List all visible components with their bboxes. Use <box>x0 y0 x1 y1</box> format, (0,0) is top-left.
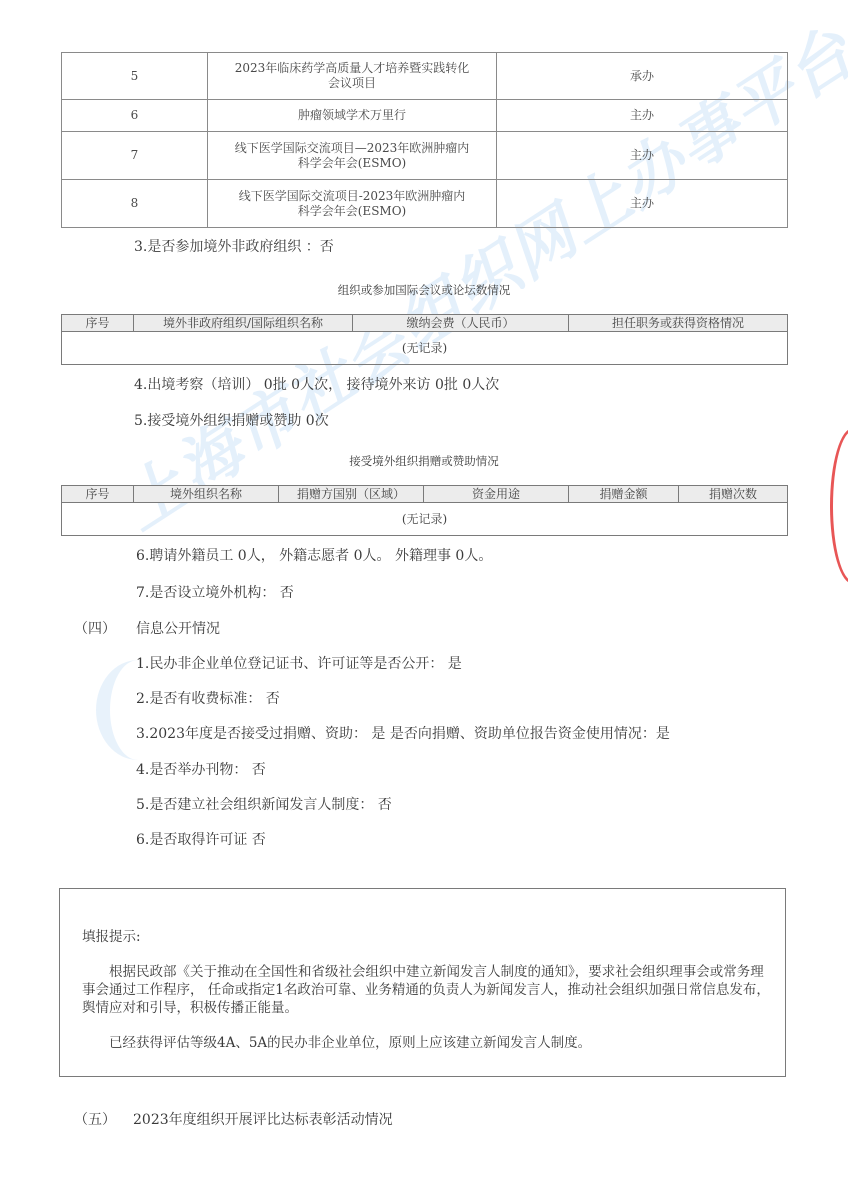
item-6-foreign-staff: 6.聘请外籍员工 0人， 外籍志愿者 0人。 外籍理事 0人。 <box>136 545 492 565</box>
info-item-4: 4.是否举办刊物： 否 <box>136 759 266 779</box>
cell-name: 线下医学国际交流项目-2023年欧洲肿瘤内科学会年会(ESMO) <box>208 180 497 228</box>
table-row: 6 肿瘤领域学术万里行 主办 <box>62 100 788 132</box>
header-country: 捐赠方国别（区域） <box>279 486 424 503</box>
header-no: 序号 <box>62 315 134 332</box>
red-seal-stamp-icon <box>830 428 848 584</box>
donation-table: 序号 境外组织名称 捐赠方国别（区域） 资金用途 捐赠金额 捐赠次数 (无记录) <box>61 485 788 536</box>
info-item-1: 1.民办非企业单位登记证书、许可证等是否公开： 是 <box>136 653 462 673</box>
info-item-2: 2.是否有收费标准： 否 <box>136 688 280 708</box>
cell-name: 线下医学国际交流项目—2023年欧洲肿瘤内科学会年会(ESMO) <box>208 132 497 180</box>
header-no: 序号 <box>62 486 134 503</box>
cell-no: 8 <box>62 180 208 228</box>
cell-name: 2023年临床药学高质量人才培养暨实践转化会议项目 <box>208 53 497 100</box>
tips-paragraph-2: 已经获得评估等级4A、5A的民办非企业单位，原则上应该建立新闻发言人制度。 <box>82 1034 770 1052</box>
cell-role: 主办 <box>497 132 788 180</box>
section-5-title: 2023年度组织开展评比达标表彰活动情况 <box>133 1109 393 1129</box>
table-header-row: 序号 境外组织名称 捐赠方国别（区域） 资金用途 捐赠金额 捐赠次数 <box>62 486 788 503</box>
item-4-overseas-visits: 4.出境考察（培训） 0批 0人次， 接待境外来访 0批 0人次 <box>134 374 499 394</box>
cell-no: 7 <box>62 132 208 180</box>
cell-no: 5 <box>62 53 208 100</box>
header-amount: 捐赠金额 <box>569 486 679 503</box>
table-row: 7 线下医学国际交流项目—2023年欧洲肿瘤内科学会年会(ESMO) 主办 <box>62 132 788 180</box>
table-row: 5 2023年临床药学高质量人才培养暨实践转化会议项目 承办 <box>62 53 788 100</box>
cell-name: 肿瘤领域学术万里行 <box>208 100 497 132</box>
item-7-overseas-branch: 7.是否设立境外机构： 否 <box>136 582 294 602</box>
table-row: (无记录) <box>62 503 788 536</box>
info-item-6: 6.是否取得许可证 否 <box>136 829 266 849</box>
header-org-name: 境外组织名称 <box>134 486 279 503</box>
filling-tips-box: 填报提示: 根据民政部《关于推动在全国性和省级社会组织中建立新闻发言人制度的通知… <box>59 888 786 1077</box>
activities-table: 5 2023年临床药学高质量人才培养暨实践转化会议项目 承办 6 肿瘤领域学术万… <box>61 52 788 228</box>
section-4-title: 信息公开情况 <box>136 618 220 638</box>
empty-record: (无记录) <box>62 503 788 536</box>
item-3-foreign-ngo: 3.是否参加境外非政府组织 ：否 <box>134 236 334 256</box>
info-item-5: 5.是否建立社会组织新闻发言人制度： 否 <box>136 794 392 814</box>
header-count: 捐赠次数 <box>679 486 788 503</box>
cell-role: 主办 <box>497 100 788 132</box>
cell-no: 6 <box>62 100 208 132</box>
watermark-logo-icon <box>96 660 180 760</box>
table-caption-intl-org: 组织或参加国际会议或论坛数情况 <box>0 282 848 298</box>
header-org-name: 境外非政府组织/国际组织名称 <box>134 315 353 332</box>
header-position: 担任职务或获得资格情况 <box>569 315 788 332</box>
intl-org-table: 序号 境外非政府组织/国际组织名称 缴纳会费（人民币） 担任职务或获得资格情况 … <box>61 314 788 365</box>
empty-record: (无记录) <box>62 332 788 365</box>
table-caption-donation: 接受境外组织捐赠或赞助情况 <box>0 453 848 469</box>
cell-role: 主办 <box>497 180 788 228</box>
section-4-number: （四） <box>74 618 116 638</box>
item-5-foreign-donations: 5.接受境外组织捐赠或赞助 0次 <box>134 410 329 430</box>
tips-paragraph-1: 根据民政部《关于推动在全国性和省级社会组织中建立新闻发言人制度的通知》，要求社会… <box>82 963 770 1017</box>
header-fee: 缴纳会费（人民币） <box>353 315 569 332</box>
section-5-number: （五） <box>74 1109 116 1129</box>
info-item-3: 3.2023年度是否接受过捐赠、资助： 是 是否向捐赠、资助单位报告资金使用情况… <box>136 723 670 743</box>
table-header-row: 序号 境外非政府组织/国际组织名称 缴纳会费（人民币） 担任职务或获得资格情况 <box>62 315 788 332</box>
table-row: (无记录) <box>62 332 788 365</box>
cell-role: 承办 <box>497 53 788 100</box>
tips-title: 填报提示: <box>82 925 141 945</box>
table-row: 8 线下医学国际交流项目-2023年欧洲肿瘤内科学会年会(ESMO) 主办 <box>62 180 788 228</box>
header-purpose: 资金用途 <box>424 486 569 503</box>
